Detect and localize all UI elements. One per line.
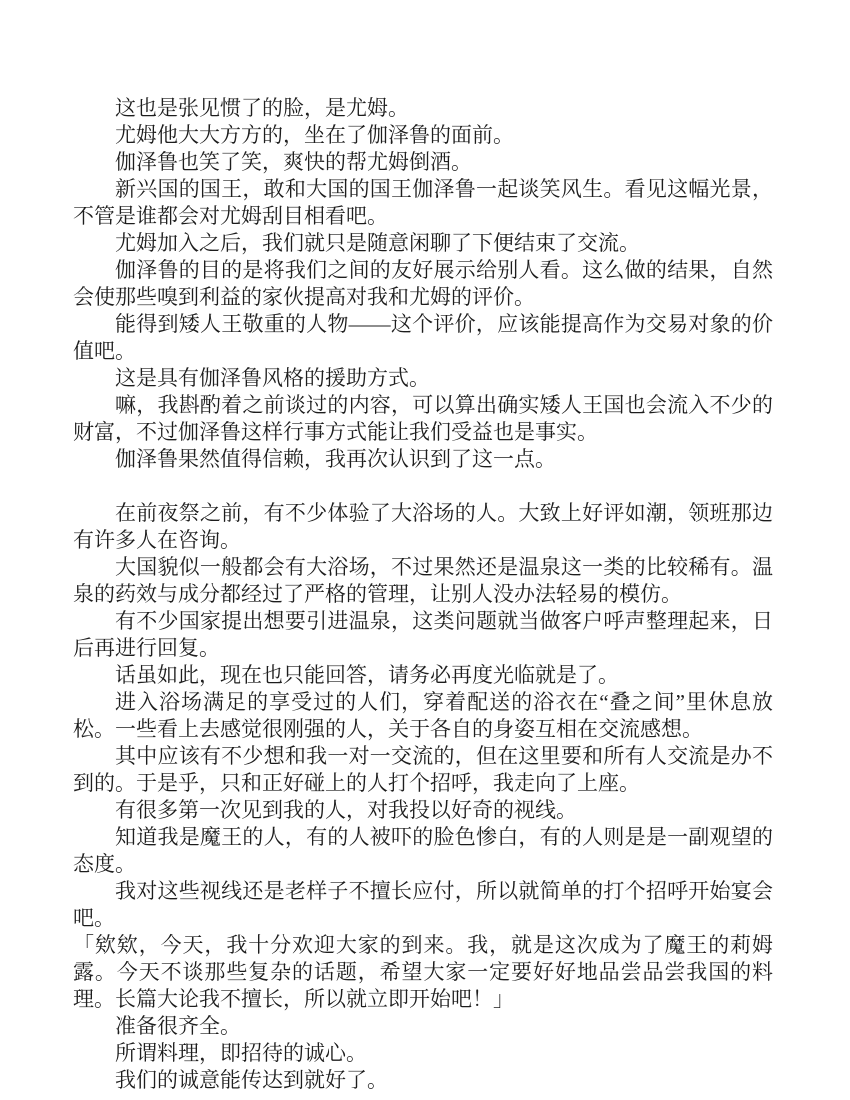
paragraph: 伽泽鲁的目的是将我们之间的友好展示给别人看。这么做的结果，自然会使那些嗅到利益的…: [73, 257, 773, 311]
paragraph: 准备很齐全。: [73, 1013, 773, 1040]
paragraph: 能得到矮人王敬重的人物——这个评价，应该能提高作为交易对象的价值吧。: [73, 311, 773, 365]
paragraph: 其中应该有不少想和我一对一交流的，但在这里要和所有人交流是办不到的。于是乎，只和…: [73, 743, 773, 797]
paragraph: 「欸欸，今天，我十分欢迎大家的到来。我，就是这次成为了魔王的莉姆露。今天不谈那些…: [73, 932, 773, 1013]
paragraph: 伽泽鲁也笑了笑，爽快的帮尤姆倒酒。: [73, 149, 773, 176]
paragraph: 嘛，我斟酌着之前谈过的内容，可以算出确实矮人王国也会流入不少的财富，不过伽泽鲁这…: [73, 392, 773, 446]
paragraph: 知道我是魔王的人，有的人被吓的脸色惨白，有的人则是是一副观望的态度。: [73, 824, 773, 878]
paragraph: 有不少国家提出想要引进温泉，这类问题就当做客户呼声整理起来，日后再进行回复。: [73, 608, 773, 662]
paragraph: 进入浴场满足的享受过的人们，穿着配送的浴衣在“叠之间”里休息放松。一些看上去感觉…: [73, 689, 773, 743]
document-page: 这也是张见惯了的脸，是尤姆。尤姆他大大方方的，坐在了伽泽鲁的面前。伽泽鲁也笑了笑…: [0, 0, 850, 1100]
paragraph: 有很多第一次见到我的人，对我投以好奇的视线。: [73, 797, 773, 824]
paragraph: 新兴国的国王，敢和大国的国王伽泽鲁一起谈笑风生。看见这幅光景，不管是谁都会对尤姆…: [73, 176, 773, 230]
paragraph: 在前夜祭之前，有不少体验了大浴场的人。大致上好评如潮，领班那边有许多人在咨询。: [73, 500, 773, 554]
paragraph: 大国貌似一般都会有大浴场，不过果然还是温泉这一类的比较稀有。温泉的药效与成分都经…: [73, 554, 773, 608]
paragraph: 所谓料理，即招待的诚心。: [73, 1040, 773, 1067]
paragraph: 尤姆加入之后，我们就只是随意闲聊了下便结束了交流。: [73, 230, 773, 257]
paragraph: 伽泽鲁果然值得信赖，我再次认识到了这一点。: [73, 446, 773, 473]
paragraph: 这是具有伽泽鲁风格的援助方式。: [73, 365, 773, 392]
paragraph: 这也是张见惯了的脸，是尤姆。: [73, 95, 773, 122]
paragraph: 尤姆他大大方方的，坐在了伽泽鲁的面前。: [73, 122, 773, 149]
paragraph: 话虽如此，现在也只能回答，请务必再度光临就是了。: [73, 662, 773, 689]
paragraph: 我对这些视线还是老样子不擅长应付，所以就简单的打个招呼开始宴会吧。: [73, 878, 773, 932]
text-content: 这也是张见惯了的脸，是尤姆。尤姆他大大方方的，坐在了伽泽鲁的面前。伽泽鲁也笑了笑…: [73, 95, 773, 1094]
paragraph: 我们的诚意能传达到就好了。: [73, 1067, 773, 1094]
